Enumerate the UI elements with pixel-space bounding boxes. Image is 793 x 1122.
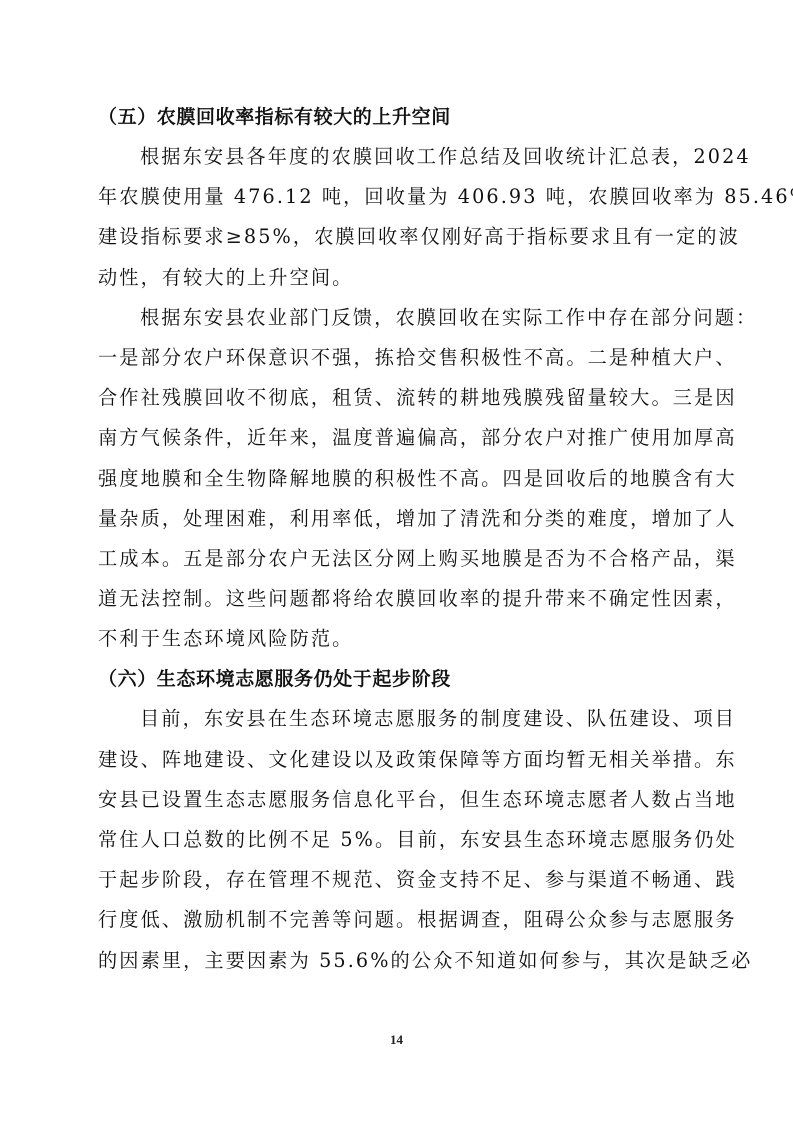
paragraph-recycling-problems: 根据东安县农业部门反馈，农膜回收在实际工作中存在部分问题： 一是部分农户环保意识… bbox=[98, 298, 698, 660]
text-line: 于起步阶段，存在管理不规范、资金支持不足、参与渠道不畅通、践 bbox=[98, 860, 698, 900]
page-number: 14 bbox=[0, 1032, 793, 1048]
text-line: 南方气候条件，近年来，温度普遍偏高，部分农户对推广使用加厚高 bbox=[98, 418, 698, 458]
text-line: 合作社残膜回收不彻底，租赁、流转的耕地残膜残留量较大。三是因 bbox=[98, 378, 698, 418]
text-line: 根据东安县农业部门反馈，农膜回收在实际工作中存在部分问题： bbox=[98, 298, 698, 338]
paragraph-film-recycling-rate: 根据东安县各年度的农膜回收工作总结及回收统计汇总表，2024 年农膜使用量 47… bbox=[98, 137, 698, 298]
section-heading-6: （六）生态环境志愿服务仍处于起步阶段 bbox=[98, 659, 698, 699]
document-page: （五）农膜回收率指标有较大的上升空间 根据东安县各年度的农膜回收工作总结及回收统… bbox=[0, 0, 793, 1122]
text-line: 行度低、激励机制不完善等问题。根据调查，阻碍公众参与志愿服务 bbox=[98, 900, 698, 940]
text-line: 根据东安县各年度的农膜回收工作总结及回收统计汇总表，2024 bbox=[98, 137, 698, 177]
text-line: 常住人口总数的比例不足 5%。目前，东安县生态环境志愿服务仍处 bbox=[98, 820, 698, 860]
text-line: 量杂质，处理困难，利用率低，增加了清洗和分类的难度，增加了人 bbox=[98, 499, 698, 539]
text-line: 工成本。五是部分农户无法区分网上购买地膜是否为不合格产品，渠 bbox=[98, 539, 698, 579]
text-line: 安县已设置生态志愿服务信息化平台，但生态环境志愿者人数占当地 bbox=[98, 780, 698, 820]
text-line: 的因素里，主要因素为 55.6%的公众不知道如何参与，其次是缺乏必 bbox=[98, 941, 698, 981]
text-line: 动性，有较大的上升空间。 bbox=[98, 258, 698, 298]
text-line: 一是部分农户环保意识不强，拣拾交售积极性不高。二是种植大户、 bbox=[98, 338, 698, 378]
section-heading-5: （五）农膜回收率指标有较大的上升空间 bbox=[98, 97, 698, 137]
text-line: 道无法控制。这些问题都将给农膜回收率的提升带来不确定性因素， bbox=[98, 579, 698, 619]
page-body: （五）农膜回收率指标有较大的上升空间 根据东安县各年度的农膜回收工作总结及回收统… bbox=[98, 97, 698, 981]
text-line: 强度地膜和全生物降解地膜的积极性不高。四是回收后的地膜含有大 bbox=[98, 459, 698, 499]
paragraph-volunteer-service: 目前，东安县在生态环境志愿服务的制度建设、队伍建设、项目 建设、阵地建设、文化建… bbox=[98, 699, 698, 980]
text-line: 建设、阵地建设、文化建设以及政策保障等方面均暂无相关举措。东 bbox=[98, 740, 698, 780]
text-line: 目前，东安县在生态环境志愿服务的制度建设、队伍建设、项目 bbox=[98, 699, 698, 739]
text-line: 建设指标要求≥85%，农膜回收率仅刚好高于指标要求且有一定的波 bbox=[98, 217, 698, 257]
text-line: 不利于生态环境风险防范。 bbox=[98, 619, 698, 659]
text-line: 年农膜使用量 476.12 吨，回收量为 406.93 吨，农膜回收率为 85.… bbox=[98, 177, 698, 217]
